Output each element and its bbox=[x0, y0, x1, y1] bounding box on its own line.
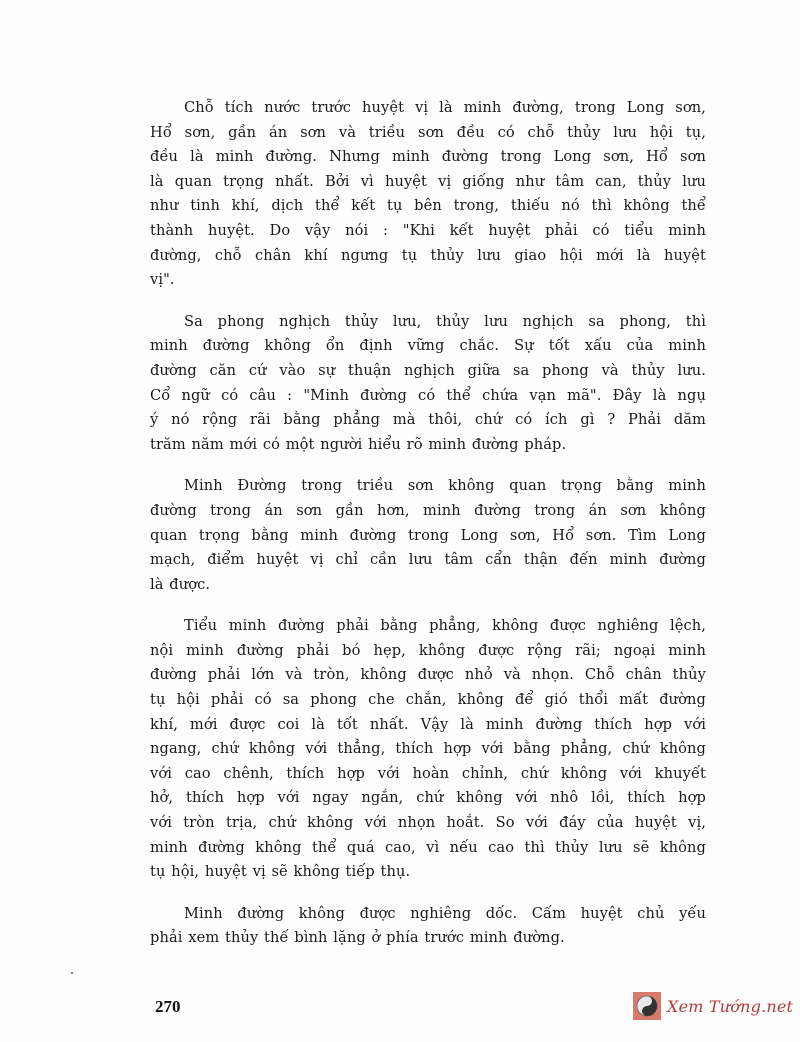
yin-yang-icon bbox=[636, 995, 658, 1017]
paragraph-2: Sa phong nghịch thủy lưu, thủy lưu nghịc… bbox=[150, 310, 706, 458]
text-line: ý nó rộng rãi bằng phẳng mà thôi, chứ có… bbox=[150, 408, 706, 433]
text-line: với tròn trịa, chứ không với nhọn hoắt. … bbox=[150, 811, 706, 836]
paragraph-5: Minh đường không được nghiêng dốc. Cấm h… bbox=[150, 902, 706, 951]
text-line: tụ hội phải có sa phong che chắn, không … bbox=[150, 688, 706, 713]
paragraph-1: Chỗ tích nước trước huyệt vị là minh đườ… bbox=[150, 96, 706, 293]
text-line: nội minh đường phải bó hẹp, không được r… bbox=[150, 639, 706, 664]
text-line: phải xem thủy thế bình lặng ở phía trước… bbox=[150, 926, 706, 951]
text-line: đường trong án sơn gần hơn, minh đường t… bbox=[150, 499, 706, 524]
scan-speck bbox=[71, 972, 73, 974]
text-line: đường, chỗ chân khí ngưng tụ thủy lưu gi… bbox=[150, 244, 706, 269]
text-line: tụ hội, huyệt vị sẽ không tiếp thụ. bbox=[150, 860, 706, 885]
book-page: Chỗ tích nước trước huyệt vị là minh đườ… bbox=[0, 0, 800, 1042]
text-line: Minh đường không được nghiêng dốc. Cấm h… bbox=[150, 902, 706, 927]
text-line: với cao chênh, thích hợp với hoàn chỉnh,… bbox=[150, 762, 706, 787]
text-line: mạch, điểm huyệt vị chỉ cần lưu tâm cẩn … bbox=[150, 548, 706, 573]
paragraph-4: Tiểu minh đường phải bằng phẳng, không đ… bbox=[150, 614, 706, 885]
text-line: Minh Đường trong triều sơn không quan tr… bbox=[150, 474, 706, 499]
text-line: Sa phong nghịch thủy lưu, thủy lưu nghịc… bbox=[150, 310, 706, 335]
text-line: như tinh khí, dịch thể kết tụ bên trong,… bbox=[150, 194, 706, 219]
text-line: quan trọng bằng minh đường trong Long sơ… bbox=[150, 524, 706, 549]
text-line: hở, thích hợp với ngay ngắn, chứ không v… bbox=[150, 786, 706, 811]
watermark[interactable]: Xem Tướng.net bbox=[633, 988, 793, 1024]
logo-box bbox=[633, 992, 661, 1020]
paragraph-3: Minh Đường trong triều sơn không quan tr… bbox=[150, 474, 706, 597]
page-number: 270 bbox=[155, 997, 181, 1017]
text-line: là quan trọng nhất. Bởi vì huyệt vị giốn… bbox=[150, 170, 706, 195]
text-line: Hổ sơn, gần án sơn và triều sơn đều có c… bbox=[150, 121, 706, 146]
text-line: đường phải lớn và tròn, không được nhỏ v… bbox=[150, 663, 706, 688]
text-line: minh đường không ổn định vững chắc. Sự t… bbox=[150, 334, 706, 359]
text-line: Chỗ tích nước trước huyệt vị là minh đườ… bbox=[150, 96, 706, 121]
text-line: vị". bbox=[150, 268, 706, 293]
text-line: khí, mới được coi là tốt nhất. Vậy là mi… bbox=[150, 713, 706, 738]
body-text: Chỗ tích nước trước huyệt vị là minh đườ… bbox=[150, 96, 706, 968]
text-line: thành huyệt. Do vậy nói : "Khi kết huyệt… bbox=[150, 219, 706, 244]
text-line: đường căn cứ vào sự thuận nghịch giữa sa… bbox=[150, 359, 706, 384]
text-line: Cổ ngữ có câu : "Minh đường có thể chứa … bbox=[150, 384, 706, 409]
watermark-text: Xem Tướng.net bbox=[667, 997, 793, 1016]
text-line: đều là minh đường. Nhưng minh đường tron… bbox=[150, 145, 706, 170]
text-line: trăm năm mới có một người hiểu rõ minh đ… bbox=[150, 433, 706, 458]
text-line: là được. bbox=[150, 573, 706, 598]
text-line: ngang, chứ không với thẳng, thích hợp vớ… bbox=[150, 737, 706, 762]
text-line: minh đường không thể quá cao, vì nếu cao… bbox=[150, 836, 706, 861]
text-line: Tiểu minh đường phải bằng phẳng, không đ… bbox=[150, 614, 706, 639]
